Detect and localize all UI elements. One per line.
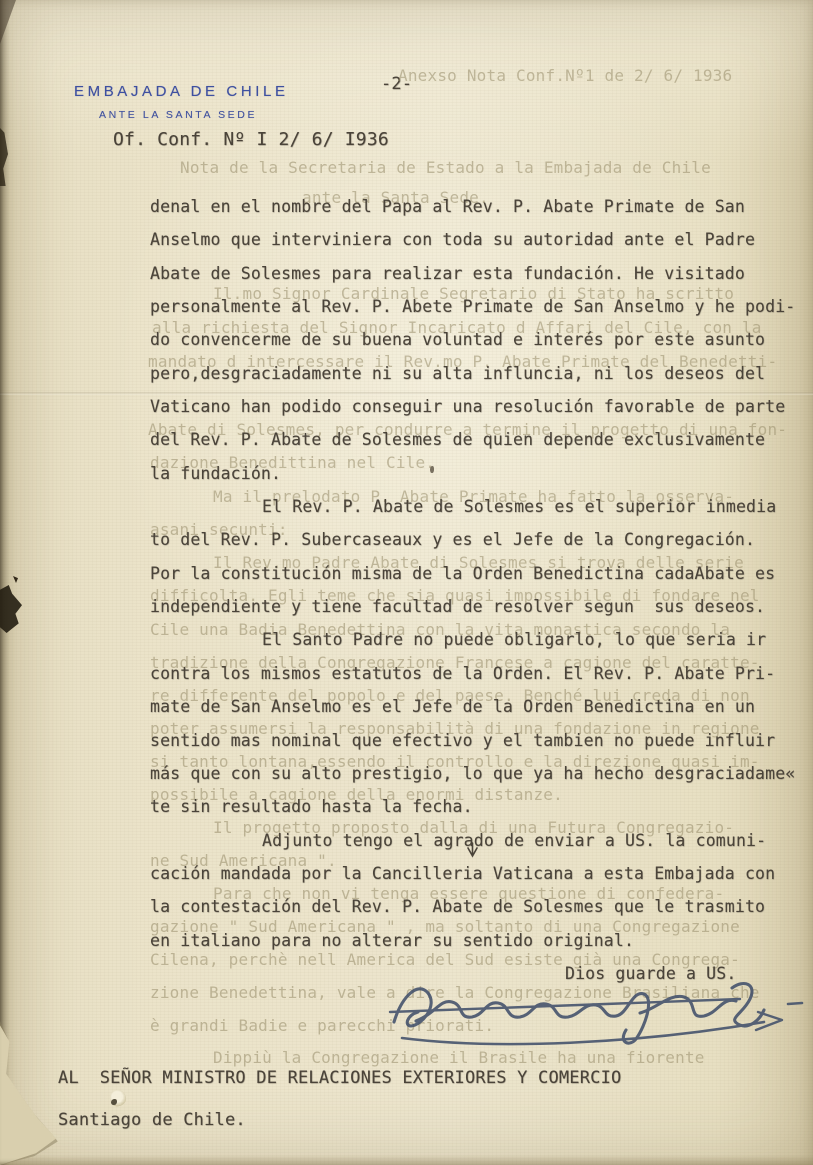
letterhead-embassy-name: EMBAJADA DE CHILE [74, 83, 289, 100]
typed-line: la fundación. [150, 464, 798, 497]
paper-tear-mid-left [0, 585, 22, 633]
typed-line: sentido mas nominal que efectivo y el ta… [150, 731, 798, 764]
typed-line: en italiano para no alterar su sentido o… [150, 931, 798, 964]
typed-line: Por la constitución misma de la Orden Be… [150, 564, 798, 597]
ink-speck [13, 576, 18, 583]
typed-line: del Rev. P. Abate de Solesmes de quien d… [150, 430, 798, 463]
typed-line: to del Rev. P. Subercaseaux y es el Jefe… [150, 530, 798, 563]
tear-flap [0, 1018, 78, 1165]
addressee-city: Santiago de Chile. [58, 1110, 246, 1130]
typed-line: denal en el nombre del Papa al Rev. P. A… [150, 197, 798, 230]
signature-autograph [386, 968, 806, 1063]
typed-line: personalmente al Rev. P. Abete Primate d… [150, 297, 798, 330]
typed-line: independiente y tiene facultad de resolv… [150, 597, 798, 630]
addressee-line: AL SEÑOR MINISTRO DE RELACIONES EXTERIOR… [58, 1068, 621, 1088]
paper-hole [110, 1090, 126, 1107]
reference-number: Of. Conf. Nº I 2/ 6/ I936 [113, 129, 389, 150]
typed-line: más que con su alto prestigio, lo que ya… [150, 764, 798, 797]
typed-line: cación mandada por la Cancilleria Vatica… [150, 864, 798, 897]
paper-tear-bottom-left [0, 1018, 78, 1165]
typed-line: El Rev. P. Abate de Solesmes es el super… [150, 497, 798, 530]
scanned-letter-page: Anexso Nota Conf.Nº1 de 2/ 6/ 1936 Nota … [0, 0, 813, 1165]
typed-line: mate de San Anselmo es el Jefe de la Ord… [150, 697, 798, 730]
typed-line: te sin resultado hasta la fecha. [150, 797, 798, 830]
typed-line: la contestación del Rev. P. Abate de Sol… [150, 897, 798, 930]
typed-line: Anselmo que interviniera con toda su aut… [150, 230, 798, 263]
typed-line: pero,desgraciadamente ni su alta influnc… [150, 364, 798, 397]
typed-line: Abate de Solesmes para realizar esta fun… [150, 264, 798, 297]
letter-body: denal en el nombre del Papa al Rev. P. A… [150, 197, 798, 997]
scan-bottom-edge [0, 1155, 813, 1165]
ink-speck [430, 466, 434, 473]
typed-line: El Santo Padre no puede obligarlo, lo qu… [150, 630, 798, 663]
bleedthrough-line: Anexso Nota Conf.Nº1 de 2/ 6/ 1936 [398, 66, 732, 85]
typed-line: do convencerme de su buena voluntad e in… [150, 330, 798, 363]
typed-line: contra los mismos estatutos de la Orden.… [150, 664, 798, 697]
handwritten-caret-mark [466, 841, 479, 858]
bleedthrough-line: Nota de la Secretaria de Estado a la Emb… [180, 158, 711, 177]
letterhead-subtitle: ANTE LA SANTA SEDE [99, 109, 257, 121]
typed-line: Vaticano han podido conseguir una resolu… [150, 397, 798, 430]
